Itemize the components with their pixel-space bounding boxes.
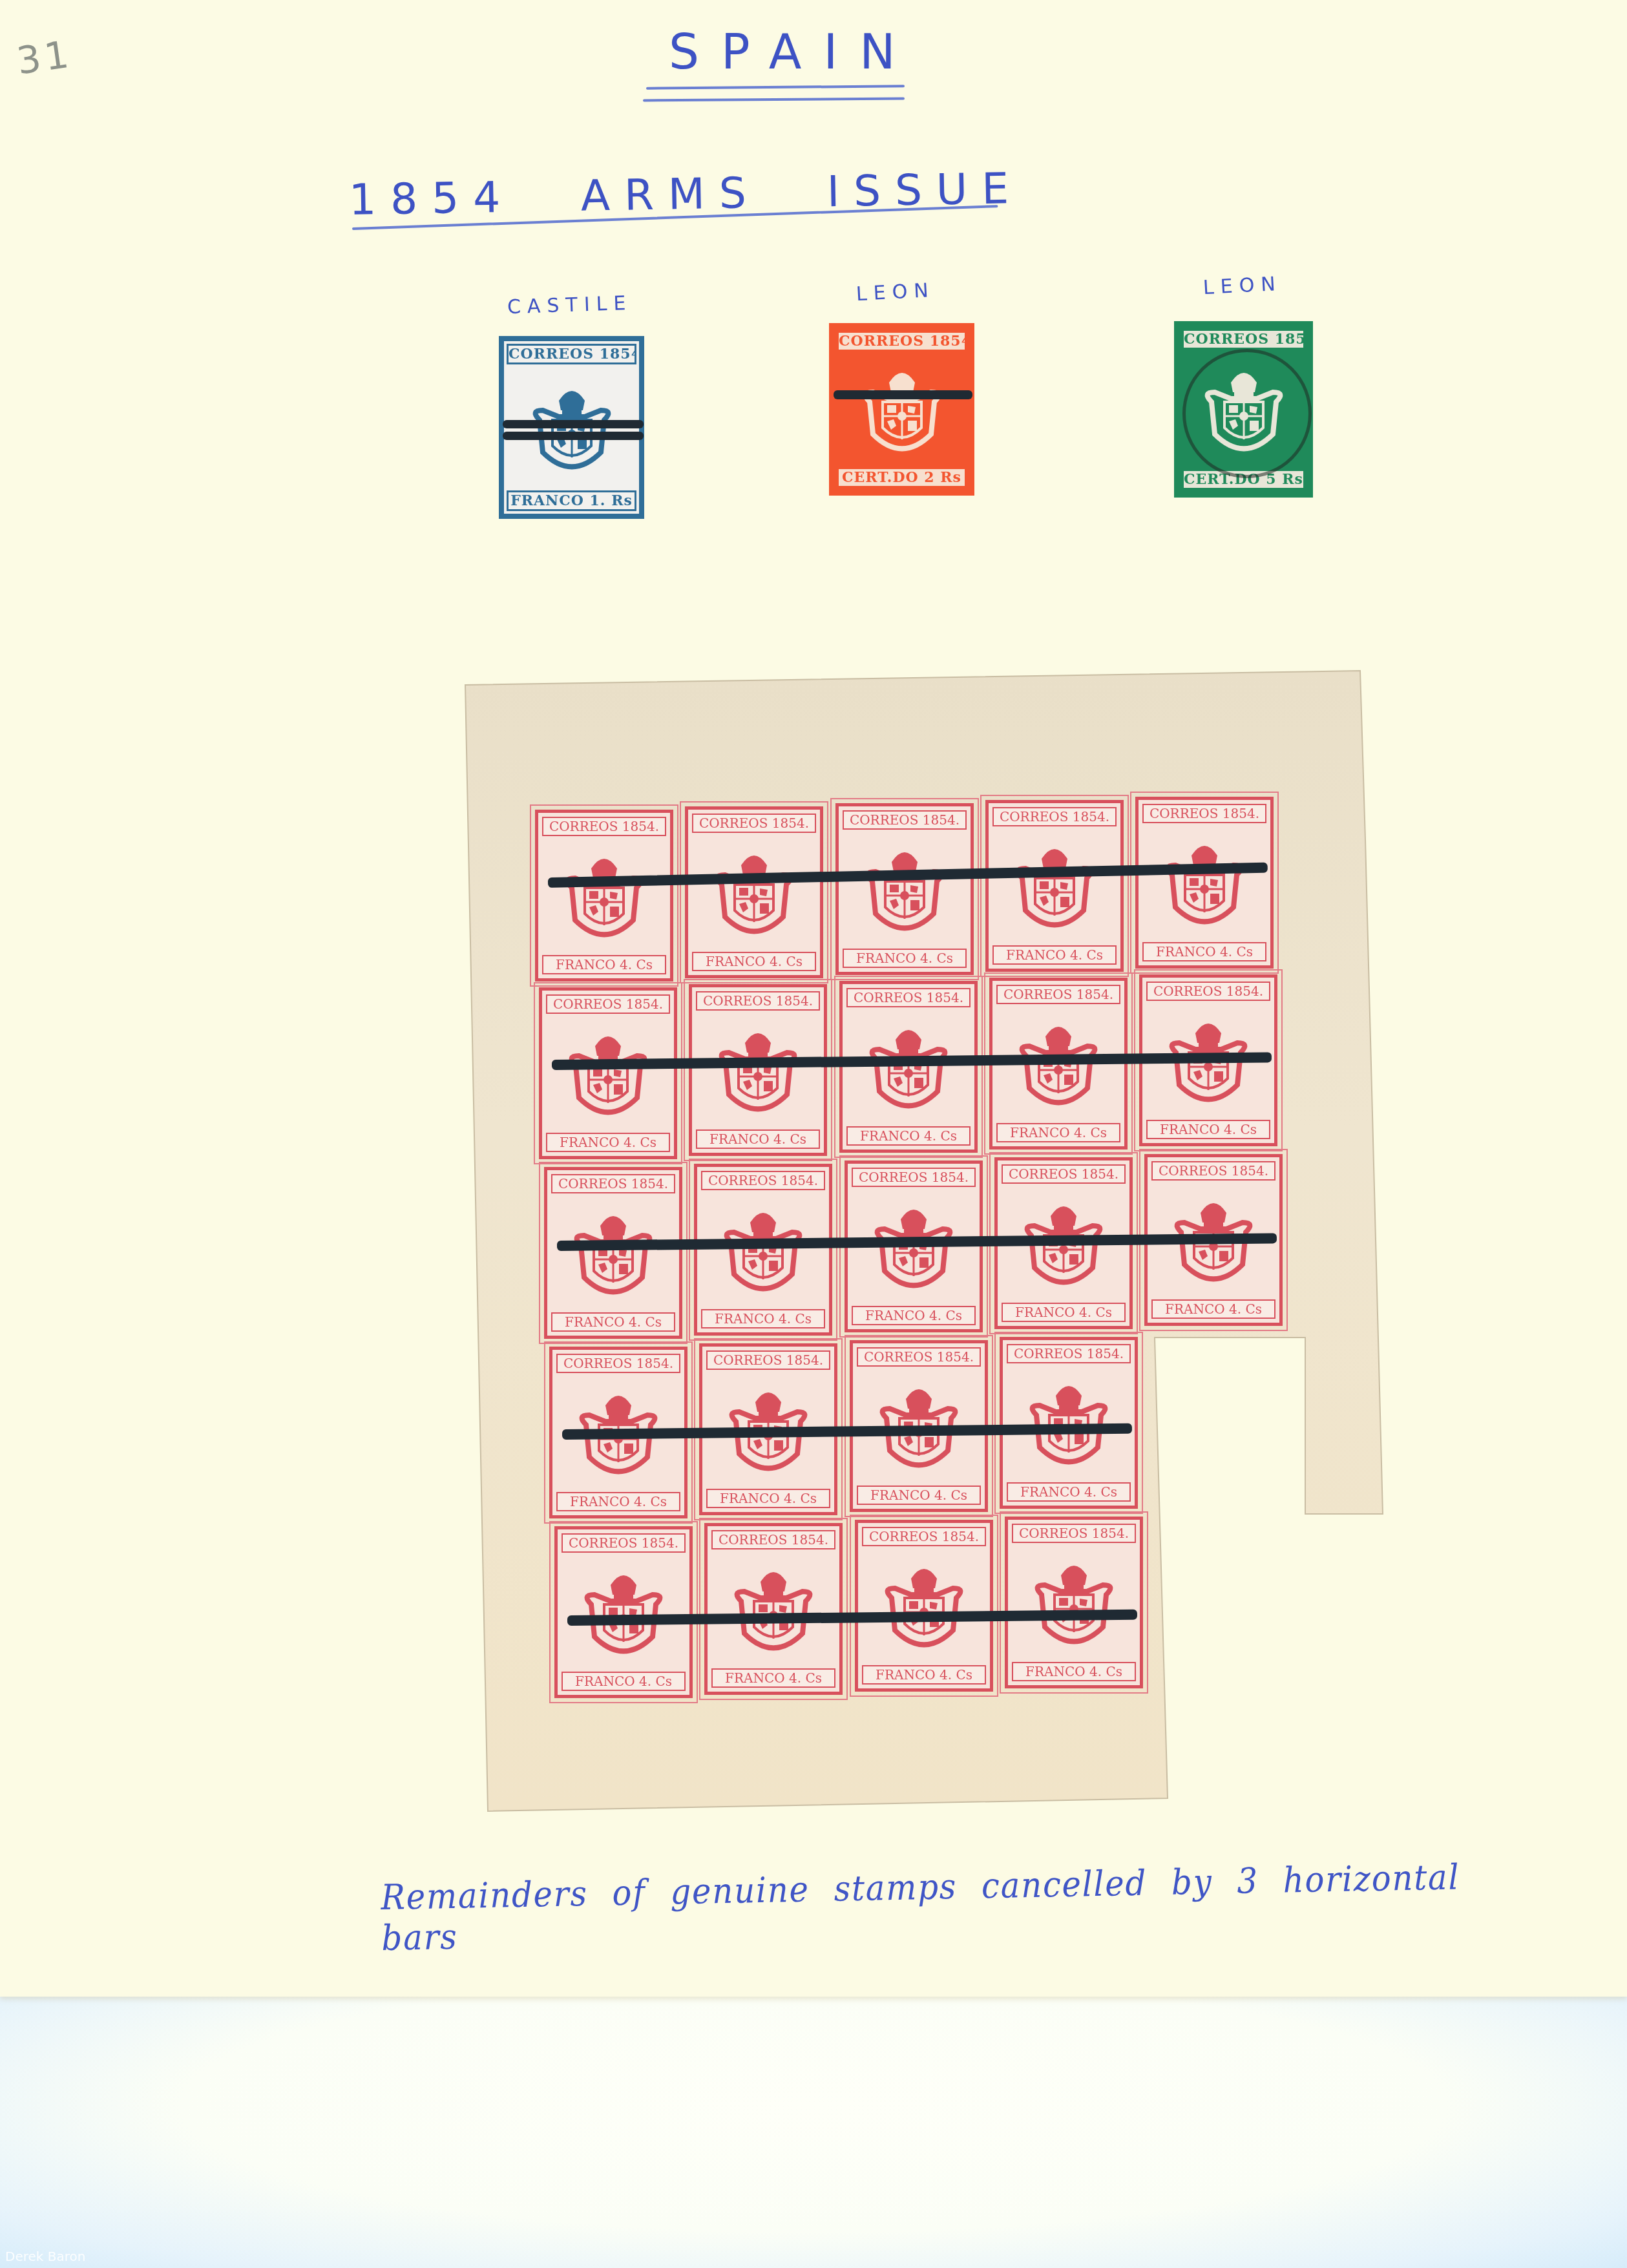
block-stamp: CORREOS 1854.FRANCO 4. Cs — [835, 803, 974, 975]
stamp-bottom-text: FRANCO 4. Cs — [546, 1133, 670, 1152]
stamp-top-text: CORREOS 1854. — [992, 807, 1117, 826]
stamp-top-text: CORREOS 1854. — [542, 817, 666, 836]
stamp-crest — [843, 1011, 974, 1122]
stamp-bottom-text: CERT.DO 2 Rs — [837, 467, 967, 488]
scanner-background — [0, 1997, 1627, 2268]
stamp-bottom-text: FRANCO 4. Cs — [1142, 942, 1266, 961]
block-stamp: CORREOS 1854.FRANCO 4. Cs — [694, 1164, 832, 1336]
stamp-top-text: CORREOS 1854. — [846, 988, 971, 1007]
stamp-crest — [558, 1557, 689, 1668]
stamp-top-text: CORREOS 1854. — [1002, 1164, 1126, 1184]
stamp-bottom-text: FRANCO 4. Cs — [846, 1126, 971, 1146]
stamp-bottom-text: FRANCO 4. Cs — [556, 1492, 680, 1511]
stamp-bottom-text: FRANCO 4. Cs — [551, 1312, 675, 1332]
page-title: SPAIN — [669, 25, 918, 80]
cancel-bar — [503, 420, 644, 428]
cancel-bar — [503, 432, 644, 440]
stamp-bottom-text: FRANCO 4. Cs — [562, 1672, 686, 1691]
stamp-top-text: CORREOS 1854. — [507, 344, 636, 364]
circular-postmark — [1182, 349, 1312, 478]
stamp-top-text: CORREOS 1854. — [1142, 804, 1266, 823]
stamp-bottom-text: FRANCO 4. Cs — [843, 949, 967, 968]
block-stamp: CORREOS 1854.FRANCO 4. Cs — [544, 1167, 682, 1339]
title-underline-2 — [643, 98, 905, 102]
stamp-crest — [1003, 1367, 1135, 1478]
stamp-bottom-text: FRANCO 4. Cs — [1012, 1662, 1136, 1681]
stamp-crest — [692, 1014, 824, 1126]
stamp-crest — [858, 1550, 990, 1661]
stamp-crest — [1008, 1547, 1140, 1658]
block-stamp: CORREOS 1854.FRANCO 4. Cs — [689, 984, 827, 1156]
album-page: 31 SPAIN 1854 ARMS ISSUE CASTILE LEON LE… — [0, 0, 1627, 1997]
stamp-bottom-text: FRANCO 4. Cs — [992, 945, 1117, 965]
stamp-label-leon-2r: LEON — [855, 279, 935, 306]
block-stamp: CORREOS 1854.FRANCO 4. Cs — [539, 987, 677, 1159]
stamp-top-text: CORREOS 1854. — [692, 814, 816, 833]
stamp-crest — [989, 830, 1120, 941]
stamp-bottom-text: FRANCO 4. Cs — [1146, 1120, 1270, 1139]
block-stamp: CORREOS 1854.FRANCO 4. Cs — [554, 1526, 693, 1698]
stamp-crest — [697, 1194, 829, 1305]
stamp-top-text: CORREOS 1854. — [701, 1171, 825, 1190]
stamp-bottom-text: FRANCO 4. Cs — [852, 1306, 976, 1325]
stamp-top-text: CORREOS 1854. — [1146, 982, 1270, 1001]
stamp-label-castile: CASTILE — [507, 292, 632, 319]
stamp-bottom-text: FRANCO 4. Cs — [857, 1486, 981, 1505]
stamp-bottom-text: FRANCO 4. Cs — [996, 1123, 1120, 1142]
stamp-top-text: CORREOS 1854 — [837, 331, 967, 352]
stamp-crest — [688, 837, 820, 948]
stamp-top-text: CORREOS 1854. — [706, 1350, 830, 1370]
block-stamp: CORREOS 1854.FRANCO 4. Cs — [535, 810, 673, 982]
page-number: 31 — [14, 32, 75, 83]
block-stamp: CORREOS 1854.FRANCO 4. Cs — [685, 806, 823, 978]
stamp-crest — [538, 840, 670, 951]
stamp-top-text: CORREOS 1854. — [546, 994, 670, 1014]
stamp-crest — [1139, 827, 1270, 938]
stamp-bottom-text: FRANCO 4. Cs — [706, 1489, 830, 1508]
stamp-bottom-text: FRANCO 4. Cs — [542, 955, 666, 974]
block-stamp: CORREOS 1854.FRANCO 4. Cs — [1135, 797, 1274, 969]
stamp-bottom-text: FRANCO 4. Cs — [711, 1668, 835, 1688]
stamp-top-text: CORREOS 1854. — [1007, 1344, 1131, 1363]
cancel-bar — [834, 390, 972, 399]
watermark: Derek Baron — [5, 2249, 85, 2264]
stamp-top-text: CORREOS 1854. — [843, 810, 967, 830]
stamp-top-text: CORREOS 1854. — [551, 1174, 675, 1193]
stamp-top-text: CORREOS 1854. — [857, 1347, 981, 1367]
stamp-leon-2-reales: CORREOS 1854 CERT.DO 2 Rs — [829, 323, 974, 496]
stamp-top-text: CORREOS 1854. — [1182, 329, 1305, 350]
stamp-top-text: CORREOS 1854. — [996, 985, 1120, 1004]
block-stamp: CORREOS 1854.FRANCO 4. Cs — [704, 1523, 843, 1695]
stamp-bottom-text: FRANCO 4. Cs — [692, 952, 816, 971]
stamp-top-text: CORREOS 1854. — [556, 1354, 680, 1373]
stamp-bottom-text: FRANCO 1. Rs — [507, 490, 636, 511]
stamp-top-text: CORREOS 1854. — [562, 1533, 686, 1553]
stamp-bottom-text: FRANCO 4. Cs — [1002, 1303, 1126, 1322]
stamp-top-text: CORREOS 1854. — [1151, 1161, 1275, 1181]
stamp-top-text: CORREOS 1854. — [696, 991, 820, 1011]
stamp-bottom-text: FRANCO 4. Cs — [862, 1665, 986, 1685]
stamp-label-leon-5r: LEON — [1202, 273, 1282, 299]
stamp-crest — [547, 1197, 679, 1308]
title-underline-1 — [646, 85, 905, 89]
stamp-top-text: CORREOS 1854. — [711, 1530, 835, 1549]
stamp-top-text: CORREOS 1854. — [862, 1527, 986, 1546]
block-stamp: CORREOS 1854.FRANCO 4. Cs — [855, 1520, 993, 1692]
block-stamp: CORREOS 1854.FRANCO 4. Cs — [1005, 1517, 1143, 1688]
stamp-bottom-text: FRANCO 4. Cs — [1007, 1482, 1131, 1502]
stamp-bottom-text: FRANCO 4. Cs — [696, 1129, 820, 1149]
annotation-note: Remainders of genuine stamps cancelled b… — [381, 1855, 1528, 1958]
stamp-crest — [542, 1018, 674, 1129]
stamp-crest — [708, 1553, 839, 1664]
stamp-bottom-text: FRANCO 4. Cs — [1151, 1299, 1275, 1319]
stamp-crest — [839, 834, 971, 945]
stamp-top-text: CORREOS 1854. — [1012, 1524, 1136, 1543]
stamp-crest — [834, 354, 969, 465]
stamp-bottom-text: FRANCO 4. Cs — [701, 1309, 825, 1328]
block-stamp: CORREOS 1854.FRANCO 4. Cs — [985, 800, 1124, 972]
stamp-top-text: CORREOS 1854. — [852, 1168, 976, 1187]
